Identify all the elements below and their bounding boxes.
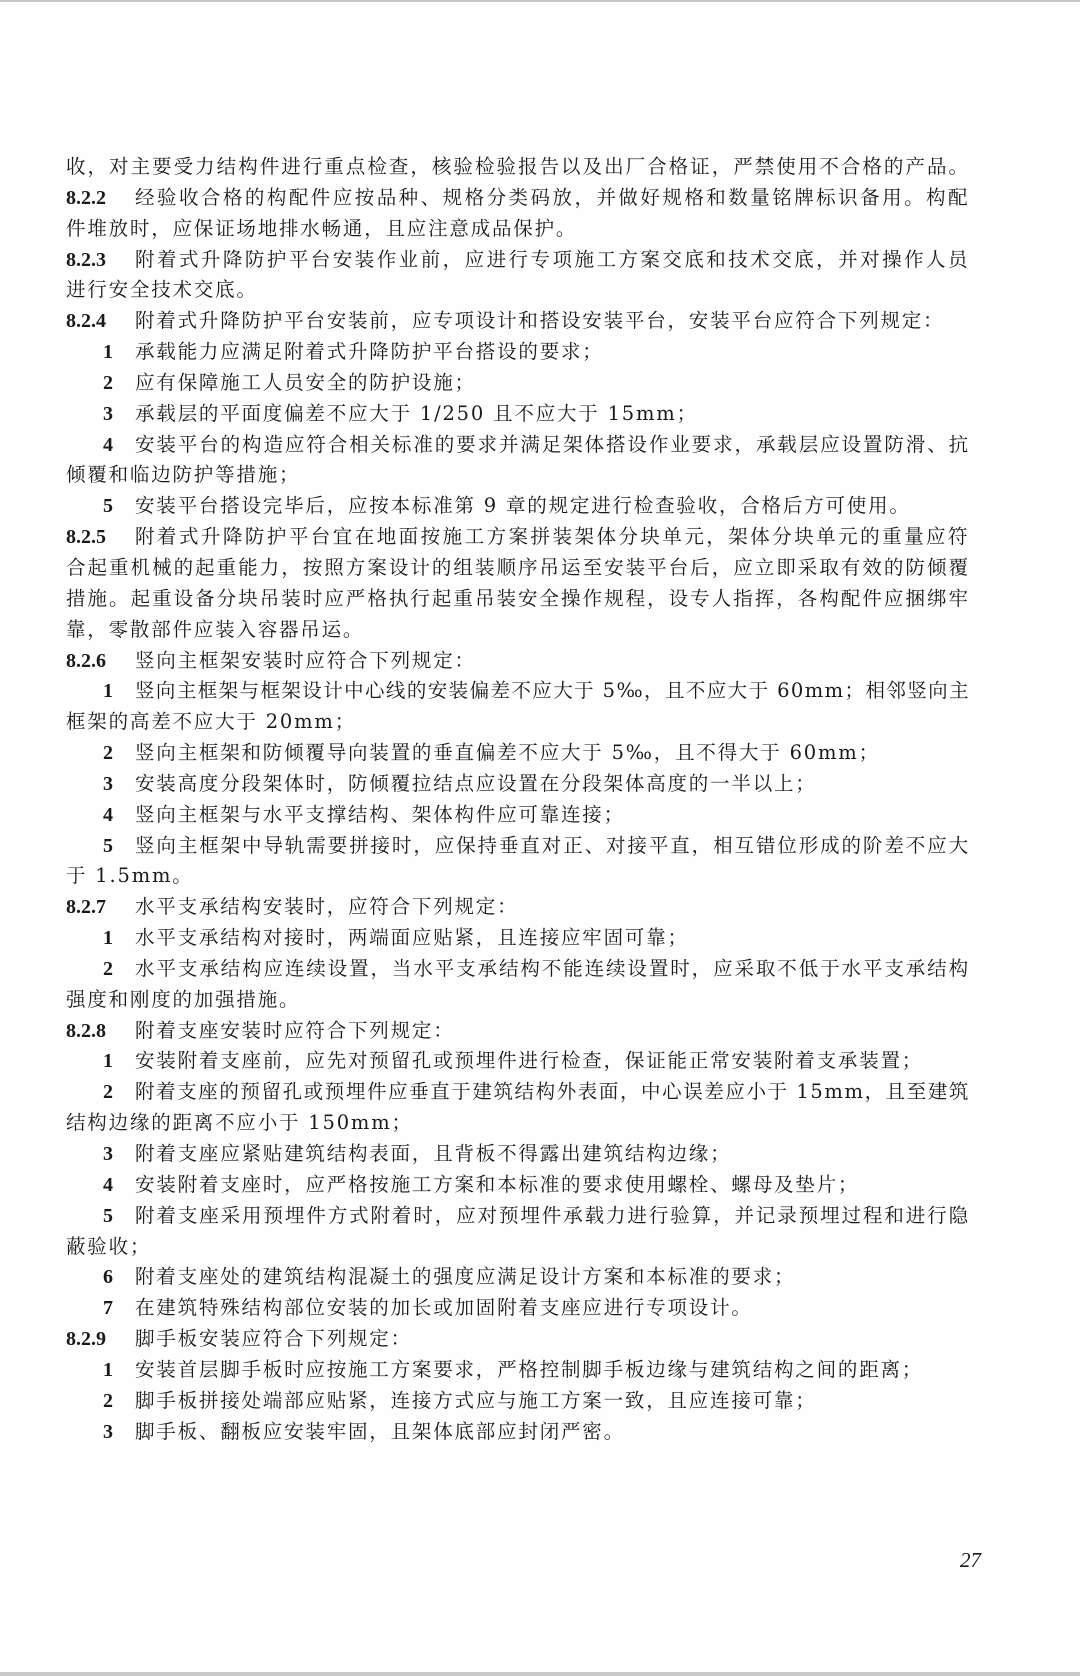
item-number: 3 — [103, 1139, 135, 1170]
line-text: 附着支座的预留孔或预埋件应垂直于建筑结构外表面，中心误差应小于 15mm，且至建… — [135, 1077, 970, 1108]
item-number: 1 — [103, 923, 135, 954]
line-text: 附着式升降防护平台宜在地面按施工方案拼装架体分块单元，架体分块单元的重量应符 — [135, 522, 970, 553]
item-number: 7 — [103, 1293, 135, 1324]
list-item-line: 1竖向主框架与框架设计中心线的安装偏差不应大于 5‰，且不应大于 60mm；相邻… — [66, 676, 970, 707]
continuation-line: 蔽验收； — [66, 1232, 970, 1263]
clause-number: 8.2.5 — [66, 522, 135, 553]
item-number: 2 — [103, 368, 135, 399]
list-item-line: 7在建筑特殊结构部位安装的加长或加固附着支座应进行专项设计。 — [66, 1293, 970, 1324]
list-item-line: 4竖向主框架与水平支撑结构、架体构件应可靠连接； — [66, 800, 970, 831]
clause-number: 8.2.9 — [66, 1324, 135, 1355]
list-item-line: 3脚手板、翻板应安装牢固，且架体底部应封闭严密。 — [66, 1417, 970, 1448]
line-text: 脚手板安装应符合下列规定： — [135, 1327, 412, 1350]
clause-number: 8.2.2 — [66, 183, 135, 214]
continuation-line: 倾覆和临边防护等措施； — [66, 460, 970, 491]
line-text: 措施。起重设备分块吊装时应严格执行起重吊装安全操作规程，设专人指挥，各构配件应捆… — [66, 584, 970, 615]
list-item-line: 2附着支座的预留孔或预埋件应垂直于建筑结构外表面，中心误差应小于 15mm，且至… — [66, 1077, 970, 1108]
line-text: 附着支座采用预埋件方式附着时，应对预埋件承载力进行验算，并记录预埋过程和进行隐 — [135, 1201, 970, 1232]
list-item-line: 5附着支座采用预埋件方式附着时，应对预埋件承载力进行验算，并记录预埋过程和进行隐 — [66, 1201, 970, 1232]
continuation-line: 靠，零散部件应装入容器吊运。 — [66, 615, 970, 646]
line-text: 竖向主框架中导轨需要拼接时，应保持垂直对正、对接平直，相互错位形成的阶差不应大 — [135, 831, 970, 862]
list-item-line: 5安装平台搭设完毕后，应按本标准第 9 章的规定进行检查验收，合格后方可使用。 — [66, 491, 970, 522]
item-number: 2 — [103, 954, 135, 985]
line-text: 合起重机械的起重能力，按照方案设计的组装顺序吊运至安装平台后，应立即采取有效的防… — [66, 553, 970, 584]
line-text: 脚手板拼接处端部应贴紧，连接方式应与施工方案一致，且应连接可靠； — [135, 1389, 817, 1412]
clause-number: 8.2.4 — [66, 306, 135, 337]
line-text: 水平支承结构安装时，应符合下列规定： — [135, 895, 518, 918]
line-text: 承载层的平面度偏差不应大于 1/250 且不应大于 15mm； — [135, 402, 698, 425]
continuation-line: 于 1.5mm。 — [66, 861, 970, 892]
continuation-line: 结构边缘的距离不应小于 150mm； — [66, 1108, 970, 1139]
line-text: 靠，零散部件应装入容器吊运。 — [66, 618, 364, 641]
clause-number: 8.2.6 — [66, 646, 135, 677]
line-text: 在建筑特殊结构部位安装的加长或加固附着支座应进行专项设计。 — [135, 1296, 753, 1319]
item-number: 4 — [103, 800, 135, 831]
line-text: 安装高度分段架体时，防倾覆拉结点应设置在分段架体高度的一半以上； — [135, 772, 817, 795]
line-text: 附着支座安装时应符合下列规定： — [135, 1019, 455, 1042]
line-text: 竖向主框架与框架设计中心线的安装偏差不应大于 5‰，且不应大于 60mm；相邻竖… — [135, 676, 970, 707]
item-number: 1 — [103, 337, 135, 368]
item-number: 2 — [103, 738, 135, 769]
clause-number: 8.2.8 — [66, 1016, 135, 1047]
list-item-line: 2水平支承结构应连续设置，当水平支承结构不能连续设置时，应采取不低于水平支承结构 — [66, 954, 970, 985]
item-number: 3 — [103, 399, 135, 430]
section-clause-line: 8.2.9脚手板安装应符合下列规定： — [66, 1324, 970, 1355]
continuation-line: 合起重机械的起重能力，按照方案设计的组装顺序吊运至安装平台后，应立即采取有效的防… — [66, 553, 970, 584]
continuation-line: 强度和刚度的加强措施。 — [66, 985, 970, 1016]
scan-edge-bottom — [0, 1672, 1080, 1676]
line-text: 强度和刚度的加强措施。 — [66, 988, 300, 1011]
list-item-line: 3附着支座应紧贴建筑结构表面，且背板不得露出建筑结构边缘； — [66, 1139, 970, 1170]
list-item-line: 2脚手板拼接处端部应贴紧，连接方式应与施工方案一致，且应连接可靠； — [66, 1386, 970, 1417]
line-text: 于 1.5mm。 — [66, 864, 194, 887]
list-item-line: 2竖向主框架和防倾覆导向装置的垂直偏差不应大于 5‰，且不得大于 60mm； — [66, 738, 970, 769]
list-item-line: 3安装高度分段架体时，防倾覆拉结点应设置在分段架体高度的一半以上； — [66, 769, 970, 800]
line-text: 竖向主框架与水平支撑结构、架体构件应可靠连接； — [135, 803, 625, 826]
line-text: 进行安全技术交底。 — [66, 278, 258, 301]
line-text: 水平支承结构应连续设置，当水平支承结构不能连续设置时，应采取不低于水平支承结构 — [135, 954, 970, 985]
section-clause-line: 8.2.2经验收合格的构配件应按品种、规格分类码放，并做好规格和数量铭牌标识备用… — [66, 183, 970, 214]
line-text: 安装附着支座前，应先对预留孔或预埋件进行检查，保证能正常安装附着支承装置； — [135, 1049, 923, 1072]
continuation-line: 框架的高差不应大于 20mm； — [66, 707, 970, 738]
line-text: 倾覆和临边防护等措施； — [66, 463, 300, 486]
line-text: 承载能力应满足附着式升降防护平台搭设的要求； — [135, 340, 604, 363]
item-number: 2 — [103, 1077, 135, 1108]
line-text: 安装首层脚手板时应按施工方案要求，严格控制脚手板边缘与建筑结构之间的距离； — [135, 1358, 923, 1381]
line-text: 竖向主框架安装时应符合下列规定： — [135, 649, 476, 672]
item-number: 4 — [103, 430, 135, 461]
continuation-line: 件堆放时，应保证场地排水畅通，且应注意成品保护。 — [66, 214, 970, 245]
continuation-line: 进行安全技术交底。 — [66, 275, 970, 306]
list-item-line: 5竖向主框架中导轨需要拼接时，应保持垂直对正、对接平直，相互错位形成的阶差不应大 — [66, 831, 970, 862]
section-clause-line: 8.2.3附着式升降防护平台安装作业前，应进行专项施工方案交底和技术交底，并对操… — [66, 245, 970, 276]
line-text: 安装附着支座时，应严格按施工方案和本标准的要求使用螺栓、螺母及垫片； — [135, 1173, 859, 1196]
line-text: 件堆放时，应保证场地排水畅通，且应注意成品保护。 — [66, 217, 577, 240]
item-number: 1 — [103, 1046, 135, 1077]
item-number: 4 — [103, 1170, 135, 1201]
line-text: 附着式升降防护平台安装作业前，应进行专项施工方案交底和技术交底，并对操作人员 — [135, 245, 970, 276]
document-body: 收，对主要受力结构件进行重点检查，核验检验报告以及出厂合格证，严禁使用不合格的产… — [66, 152, 970, 1447]
list-item-line: 3承载层的平面度偏差不应大于 1/250 且不应大于 15mm； — [66, 399, 970, 430]
line-text: 附着式升降防护平台安装前，应专项设计和搭设安装平台，安装平台应符合下列规定： — [135, 309, 944, 332]
list-item-line: 1安装附着支座前，应先对预留孔或预埋件进行检查，保证能正常安装附着支承装置； — [66, 1046, 970, 1077]
line-text: 蔽验收； — [66, 1235, 151, 1258]
item-number: 3 — [103, 769, 135, 800]
item-number: 5 — [103, 1201, 135, 1232]
list-item-line: 4安装平台的构造应符合相关标准的要求并满足架体搭设作业要求，承载层应设置防滑、抗 — [66, 430, 970, 461]
scan-edge-top — [0, 0, 1080, 2]
section-clause-line: 8.2.4附着式升降防护平台安装前，应专项设计和搭设安装平台，安装平台应符合下列… — [66, 306, 970, 337]
line-text: 应有保障施工人员安全的防护设施； — [135, 371, 476, 394]
list-item-line: 2应有保障施工人员安全的防护设施； — [66, 368, 970, 399]
clause-number: 8.2.7 — [66, 892, 135, 923]
list-item-line: 6附着支座处的建筑结构混凝土的强度应满足设计方案和本标准的要求； — [66, 1262, 970, 1293]
line-text: 结构边缘的距离不应小于 150mm； — [66, 1111, 413, 1134]
clause-number: 8.2.3 — [66, 245, 135, 276]
line-text: 安装平台的构造应符合相关标准的要求并满足架体搭设作业要求，承载层应设置防滑、抗 — [135, 430, 970, 461]
item-number: 2 — [103, 1386, 135, 1417]
line-text: 竖向主框架和防倾覆导向装置的垂直偏差不应大于 5‰，且不得大于 60mm； — [135, 741, 880, 764]
section-clause-line: 8.2.6竖向主框架安装时应符合下列规定： — [66, 646, 970, 677]
section-clause-line: 8.2.7水平支承结构安装时，应符合下列规定： — [66, 892, 970, 923]
item-number: 3 — [103, 1417, 135, 1448]
section-clause-line: 8.2.5附着式升降防护平台宜在地面按施工方案拼装架体分块单元，架体分块单元的重… — [66, 522, 970, 553]
line-text: 脚手板、翻板应安装牢固，且架体底部应封闭严密。 — [135, 1420, 625, 1443]
item-number: 6 — [103, 1262, 135, 1293]
continuation-line: 收，对主要受力结构件进行重点检查，核验检验报告以及出厂合格证，严禁使用不合格的产… — [66, 152, 970, 183]
line-text: 框架的高差不应大于 20mm； — [66, 710, 356, 733]
continuation-line: 措施。起重设备分块吊装时应严格执行起重吊装安全操作规程，设专人指挥，各构配件应捆… — [66, 584, 970, 615]
item-number: 1 — [103, 676, 135, 707]
page-number: 27 — [960, 1548, 981, 1573]
list-item-line: 1承载能力应满足附着式升降防护平台搭设的要求； — [66, 337, 970, 368]
line-text: 水平支承结构对接时，两端面应贴紧，且连接应牢固可靠； — [135, 926, 689, 949]
section-clause-line: 8.2.8附着支座安装时应符合下列规定： — [66, 1016, 970, 1047]
line-text: 收，对主要受力结构件进行重点检查，核验检验报告以及出厂合格证，严禁使用不合格的产… — [66, 152, 970, 183]
line-text: 附着支座处的建筑结构混凝土的强度应满足设计方案和本标准的要求； — [135, 1265, 795, 1288]
line-text: 附着支座应紧贴建筑结构表面，且背板不得露出建筑结构边缘； — [135, 1142, 731, 1165]
line-text: 经验收合格的构配件应按品种、规格分类码放，并做好规格和数量铭牌标识备用。构配 — [135, 183, 970, 214]
line-text: 安装平台搭设完毕后，应按本标准第 9 章的规定进行检查验收，合格后方可使用。 — [135, 494, 911, 517]
list-item-line: 4安装附着支座时，应严格按施工方案和本标准的要求使用螺栓、螺母及垫片； — [66, 1170, 970, 1201]
item-number: 5 — [103, 831, 135, 862]
item-number: 1 — [103, 1355, 135, 1386]
item-number: 5 — [103, 491, 135, 522]
list-item-line: 1水平支承结构对接时，两端面应贴紧，且连接应牢固可靠； — [66, 923, 970, 954]
list-item-line: 1安装首层脚手板时应按施工方案要求，严格控制脚手板边缘与建筑结构之间的距离； — [66, 1355, 970, 1386]
